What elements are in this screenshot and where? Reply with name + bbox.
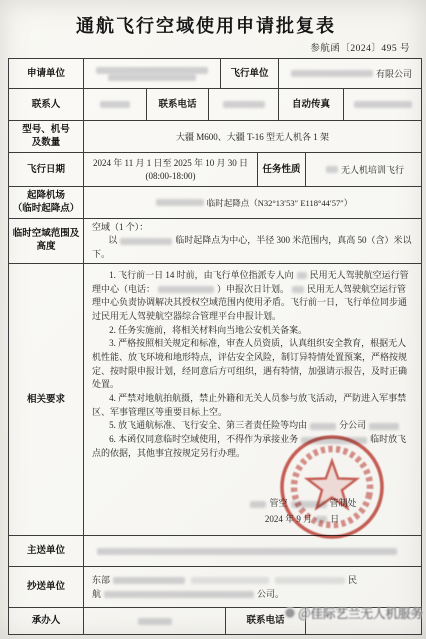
table-row: 型号、机号 及数量 大疆 M600、大疆 T-16 型无人机各 1 架: [9, 121, 421, 153]
requirement-2: 2. 任务实施前，将相关材料向当地公安机关备案。: [92, 324, 413, 338]
redacted-text: [97, 548, 397, 555]
label-airspace-range: 临时空域范围及 高度: [9, 219, 84, 263]
flight-date-value: 2024 年 11 月 1 日至 2025 年 10 月 30 日 (08:00…: [84, 153, 258, 186]
redacted-text: [113, 577, 185, 584]
redacted-text: [354, 101, 412, 108]
label-landing-site: 起降机场 （临时起降点）: [9, 187, 84, 218]
redacted-text: [191, 577, 269, 584]
document-title: 通航飞行空域使用申请批复表: [0, 12, 412, 38]
table-row: 临时空域范围及 高度 空域（1 个）： 以临时起降点为中心，半径 300 米范围…: [9, 219, 421, 264]
redacted-text: [297, 272, 307, 279]
redacted-text: [291, 501, 327, 508]
approval-table: 申请单位 飞行单位 有限公司 联系人 联系电话 自动传真: [8, 58, 422, 635]
signature-unit-line: 管空管制处: [197, 496, 407, 511]
table-row: 联系人 联系电话 自动传真: [9, 89, 421, 121]
label-mission-type: 任务性质: [258, 153, 306, 186]
redacted-text: [292, 286, 304, 293]
requirement-4: 4. 严禁对地航拍航摄，禁止外籍和无关人员参与放飞活动，严防进入军事禁区、军事管…: [92, 392, 413, 419]
watermark-logo-icon: [284, 607, 296, 619]
watermark: ＠佳际艺兰无人机服务: [284, 604, 423, 622]
redacted-text: [326, 166, 338, 173]
label-applicant-unit: 申请单位: [9, 59, 84, 88]
redacted-text: [120, 238, 172, 245]
requirement-6: 6. 本函仅同意临时空域使用，不得作为承接业务临时放飞点的依据，其他事宜按规定另…: [92, 433, 413, 460]
contact-phone-value: [209, 89, 279, 120]
requirement-1: 1. 飞行前一日 14 时前，由飞行单位指派专人向民用无人驾驶航空运行管理中心（…: [92, 269, 413, 324]
table-row: 飞行日期 2024 年 11 月 1 日至 2025 年 10 月 30 日 (…: [9, 153, 421, 187]
table-row: 主送单位: [9, 536, 421, 567]
signature-date-line: 2024 年 9 月日: [197, 512, 407, 527]
label-auto-fax: 自动传真: [279, 89, 344, 120]
label-cc-recipient: 抄送单位: [9, 567, 84, 607]
airspace-count-line: 空域（1 个）：: [92, 221, 413, 235]
table-row: 抄送单位 东部民 航公司。: [9, 567, 421, 608]
model-quantity-value: 大疆 M600、大疆 T-16 型无人机各 1 架: [84, 121, 421, 152]
airspace-range-value: 空域（1 个）： 以临时起降点为中心，半径 300 米范围内，真高 50（含）米…: [84, 219, 421, 263]
label-main-recipient: 主送单位: [9, 536, 84, 566]
redacted-text: [250, 501, 266, 508]
signature-block: 管空管制处 2024 年 9 月日: [197, 496, 407, 527]
label-contact-person: 联系人: [9, 89, 84, 120]
redacted-text: [104, 591, 254, 598]
mission-type-value: 无人机培训飞行: [306, 153, 421, 186]
watermark-text: ＠佳际艺兰无人机服务: [298, 604, 423, 622]
redacted-text: [100, 101, 130, 108]
cc-recipient-value: 东部民 航公司。: [84, 567, 421, 607]
requirement-5: 5. 放飞通航标准、飞行安全、第三者责任险等均由分公司: [92, 419, 413, 433]
related-requirements-body: 1. 飞行前一日 14 时前，由飞行单位指派专人向民用无人驾驶航空运行管理中心（…: [84, 264, 421, 535]
redacted-text: [138, 618, 172, 625]
redacted-text: [158, 286, 214, 293]
redacted-text: [301, 437, 367, 444]
redacted-text: [96, 67, 208, 74]
redacted-text: [369, 423, 399, 430]
auto-fax-value: [344, 89, 421, 120]
label-model-quantity: 型号、机号 及数量: [9, 121, 84, 152]
label-contact-phone: 联系电话: [147, 89, 209, 120]
redacted-text: [315, 516, 327, 523]
table-row: 起降机场 （临时起降点） 临时起降点（N32°13′53″ E118°44′57…: [9, 187, 421, 219]
table-row: 相关要求 1. 飞行前一日 14 时前，由飞行单位指派专人向民用无人驾驶航空运行…: [9, 264, 421, 536]
document-paper: 通航飞行空域使用申请批复表 参航函〔2024〕495 号 申请单位 飞行单位 有…: [0, 0, 426, 639]
redacted-text: [156, 199, 204, 206]
contact-person-value: [84, 89, 147, 120]
main-recipient-value: [84, 536, 421, 566]
applicant-unit-value: [84, 59, 221, 88]
label-flight-unit: 飞行单位: [221, 59, 279, 88]
handler-value: [84, 608, 226, 634]
flight-unit-value: 有限公司: [279, 59, 421, 88]
flight-unit-suffix: 有限公司: [376, 67, 412, 80]
redacted-text: [310, 423, 336, 430]
redacted-text: [223, 101, 265, 108]
label-handler: 承办人: [9, 608, 84, 634]
label-related-requirements: 相关要求: [9, 264, 84, 535]
reference-number: 参航函〔2024〕495 号: [310, 40, 410, 54]
table-row: 申请单位 飞行单位 有限公司: [9, 59, 421, 89]
redacted-text: [291, 70, 373, 77]
redacted-text: [275, 577, 345, 584]
requirement-3: 3. 严格按照相关规定和标准，审查人员资质，认真组织安全教育，根据无人机性能、放…: [92, 337, 413, 392]
label-flight-date: 飞行日期: [9, 153, 84, 186]
airspace-detail-line: 以临时起降点为中心，半径 300 米范围内，真高 50（含）米以下。: [92, 234, 413, 261]
cc-line-2: 航公司。: [92, 587, 413, 601]
redacted-text: [108, 74, 196, 81]
landing-site-value: 临时起降点（N32°13′53″ E118°44′57″）: [84, 187, 421, 218]
cc-line-1: 东部民: [92, 573, 413, 587]
